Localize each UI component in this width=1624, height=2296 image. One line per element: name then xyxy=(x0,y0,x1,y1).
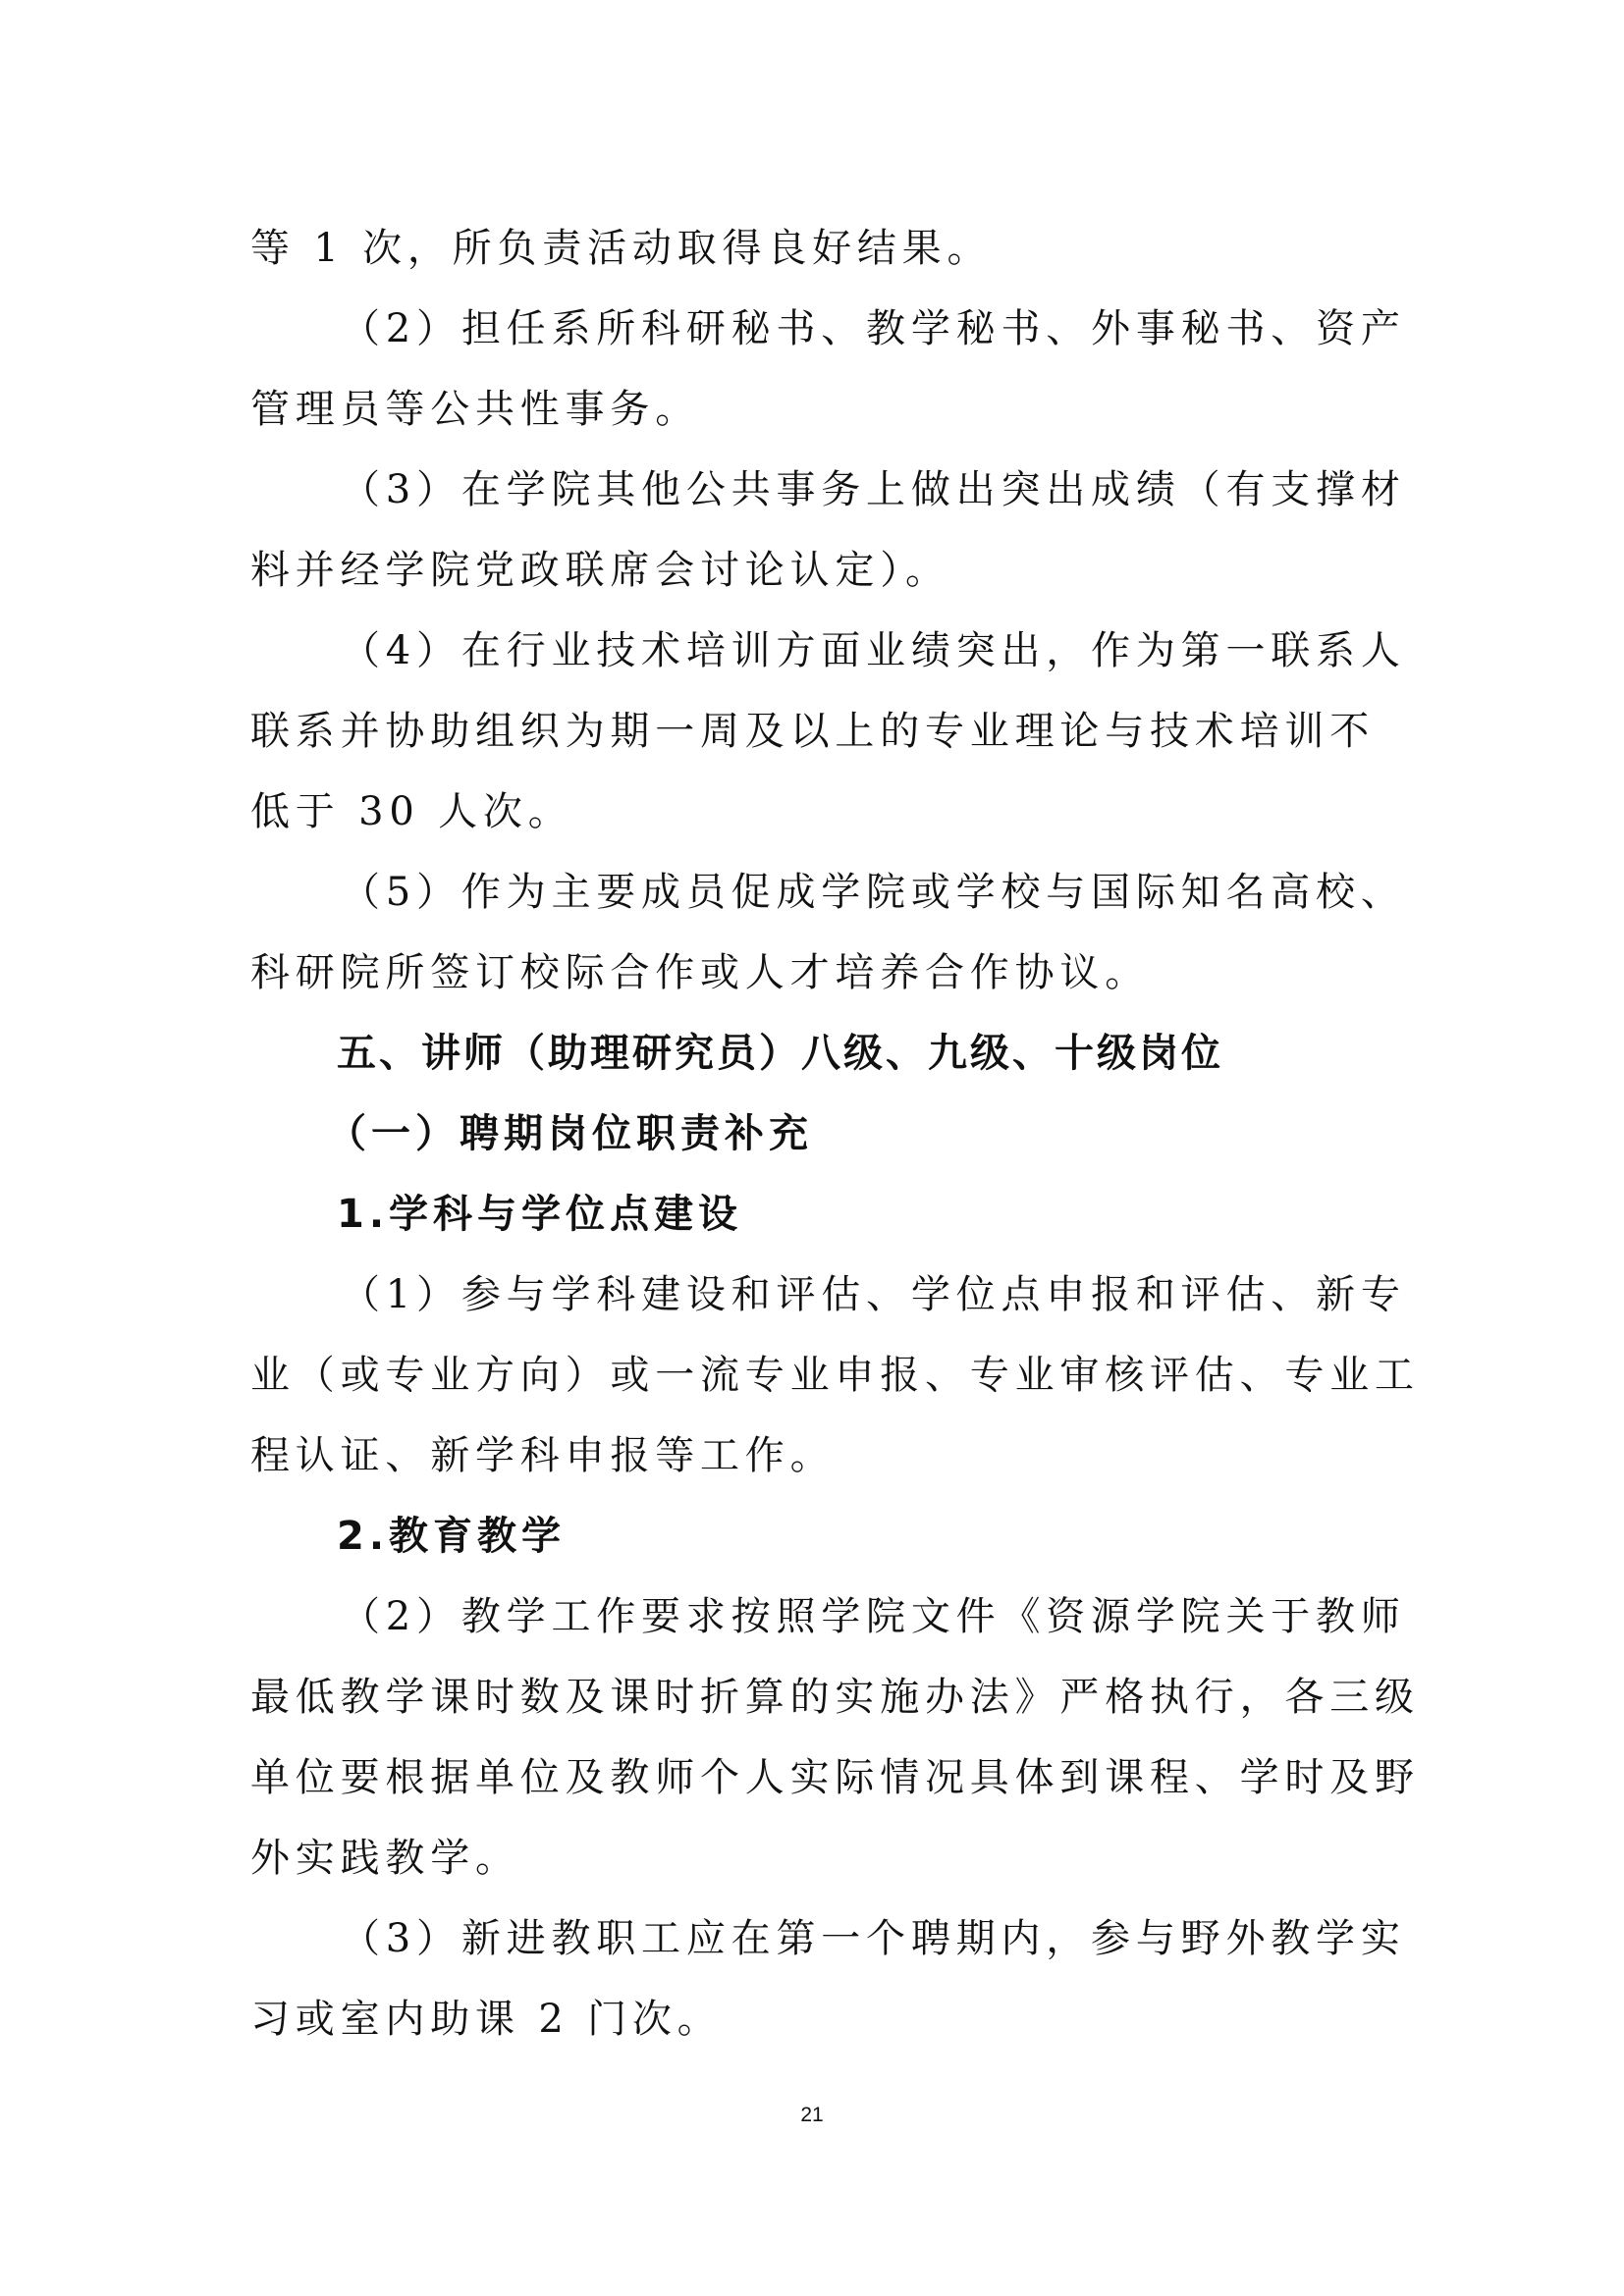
paragraph-line: 单位要根据单位及教师个人实际情况具体到课程、学时及野 xyxy=(250,1737,1380,1818)
item-heading-teaching: 2.教育教学 xyxy=(250,1496,1380,1576)
paragraph-line-item-3: （3）新进教职工应在第一个聘期内，参与野外教学实 xyxy=(250,1898,1380,1979)
item-heading-discipline: 1.学科与学位点建设 xyxy=(250,1174,1380,1255)
paragraph-line: 等 1 次，所负责活动取得良好结果。 xyxy=(250,208,1380,289)
paragraph-line: 业（或专业方向）或一流专业申报、专业审核评估、专业工 xyxy=(250,1335,1380,1415)
paragraph-line: 最低教学课时数及课时折算的实施办法》严格执行，各三级 xyxy=(250,1657,1380,1737)
paragraph-line-item-5: （5）作为主要成员促成学院或学校与国际知名高校、 xyxy=(250,852,1380,933)
paragraph-line: 低于 30 人次。 xyxy=(250,772,1380,852)
page-number: 21 xyxy=(0,2101,1624,2130)
paragraph-line-item-2: （2）担任系所科研秘书、教学秘书、外事秘书、资产 xyxy=(250,289,1380,369)
paragraph-line: 外实践教学。 xyxy=(250,1818,1380,1898)
paragraph-line: 程认证、新学科申报等工作。 xyxy=(250,1415,1380,1496)
document-body: 等 1 次，所负责活动取得良好结果。 （2）担任系所科研秘书、教学秘书、外事秘书… xyxy=(250,208,1380,2059)
document-page: 等 1 次，所负责活动取得良好结果。 （2）担任系所科研秘书、教学秘书、外事秘书… xyxy=(0,0,1624,2296)
paragraph-line: 联系并协助组织为期一周及以上的专业理论与技术培训不 xyxy=(250,691,1380,772)
paragraph-line-item-3: （3）在学院其他公共事务上做出突出成绩（有支撑材 xyxy=(250,450,1380,530)
paragraph-line-item-1: （1）参与学科建设和评估、学位点申报和评估、新专 xyxy=(250,1255,1380,1335)
paragraph-line: 料并经学院党政联席会讨论认定）。 xyxy=(250,530,1380,611)
paragraph-line-item-4: （4）在行业技术培训方面业绩突出，作为第一联系人 xyxy=(250,611,1380,691)
paragraph-line: 科研院所签订校际合作或人才培养合作协议。 xyxy=(250,933,1380,1013)
paragraph-line: 习或室内助课 2 门次。 xyxy=(250,1979,1380,2059)
paragraph-line-item-2: （2）教学工作要求按照学院文件《资源学院关于教师 xyxy=(250,1576,1380,1657)
paragraph-line: 管理员等公共性事务。 xyxy=(250,369,1380,450)
section-heading: 五、讲师（助理研究员）八级、九级、十级岗位 xyxy=(250,1013,1380,1094)
subsection-heading: （一）聘期岗位职责补充 xyxy=(250,1094,1380,1174)
